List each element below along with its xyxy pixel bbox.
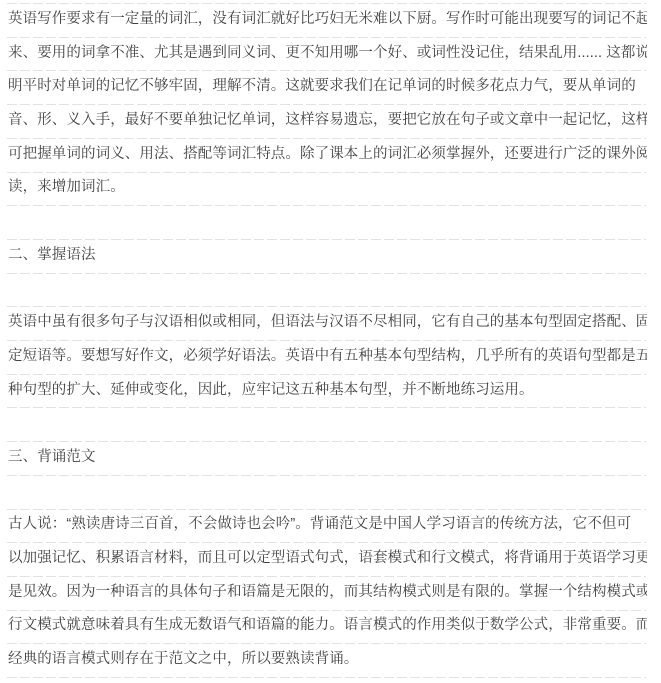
text-line: 音、形、义入手，最好不要单独记忆单词，这样容易遗忘，要把它放在句子或文章中一起记… <box>8 104 647 138</box>
text-line: 明平时对单词的记忆不够牢固，理解不清。这就要求我们在记单词的时候多花点力气，要从… <box>8 70 647 104</box>
text-line: 种句型的扩大、延伸或变化，因此，应牢记这五种基本句型，并不断地练习运用。 <box>8 374 647 408</box>
text-line: 是见效。因为一种语言的具体句子和语篇是无限的，而其结构模式则是有限的。掌握一个结… <box>8 576 647 610</box>
text-line: 经典的语言模式则存在于范文之中，所以要熟读背诵。 <box>8 643 647 677</box>
text-line: 英语中虽有很多句子与汉语相似或相同，但语法与汉语不尽相同，它有自己的基本句型固定… <box>8 306 647 340</box>
blank-line <box>8 273 647 307</box>
text-line: 定短语等。要想写好作文，必须学好语法。英语中有五种基本句型结构，几乎所有的英语句… <box>8 340 647 374</box>
text-line: 行文模式就意味着具有生成无数语气和语篇的能力。语言模式的作用类似于数学公式，非常… <box>8 609 647 643</box>
section-heading: 二、掌握语法 <box>8 239 647 273</box>
blank-line <box>8 475 647 509</box>
blank-line <box>8 205 647 239</box>
article-page: 英语写作要求有一定量的词汇，没有词汇就好比巧妇无米难以下厨。写作时可能出现要写的… <box>0 0 661 683</box>
text-line: 读，来增加词汇。 <box>8 171 647 205</box>
article-content: 英语写作要求有一定量的词汇，没有词汇就好比巧妇无米难以下厨。写作时可能出现要写的… <box>8 3 647 677</box>
text-line: 英语写作要求有一定量的词汇，没有词汇就好比巧妇无米难以下厨。写作时可能出现要写的… <box>8 3 647 37</box>
text-line: 以加强记忆、积累语言材料，而且可以定型语式句式，语套模式和行文模式，将背诵用于英… <box>8 542 647 576</box>
ruled-line <box>7 677 646 678</box>
section-heading: 三、背诵范文 <box>8 441 647 475</box>
text-line: 来、要用的词拿不准、尤其是遇到同义词、更不知用哪一个好、或词性没记住，结果乱用.… <box>8 37 647 71</box>
blank-line <box>8 407 647 441</box>
text-line: 古人说：“熟读唐诗三百首，不会做诗也会吟”。背诵范文是中国人学习语言的传统方法，… <box>8 508 647 542</box>
text-line: 可把握单词的词义、用法、搭配等词汇特点。除了课本上的词汇必须掌握外，还要进行广泛… <box>8 138 647 172</box>
